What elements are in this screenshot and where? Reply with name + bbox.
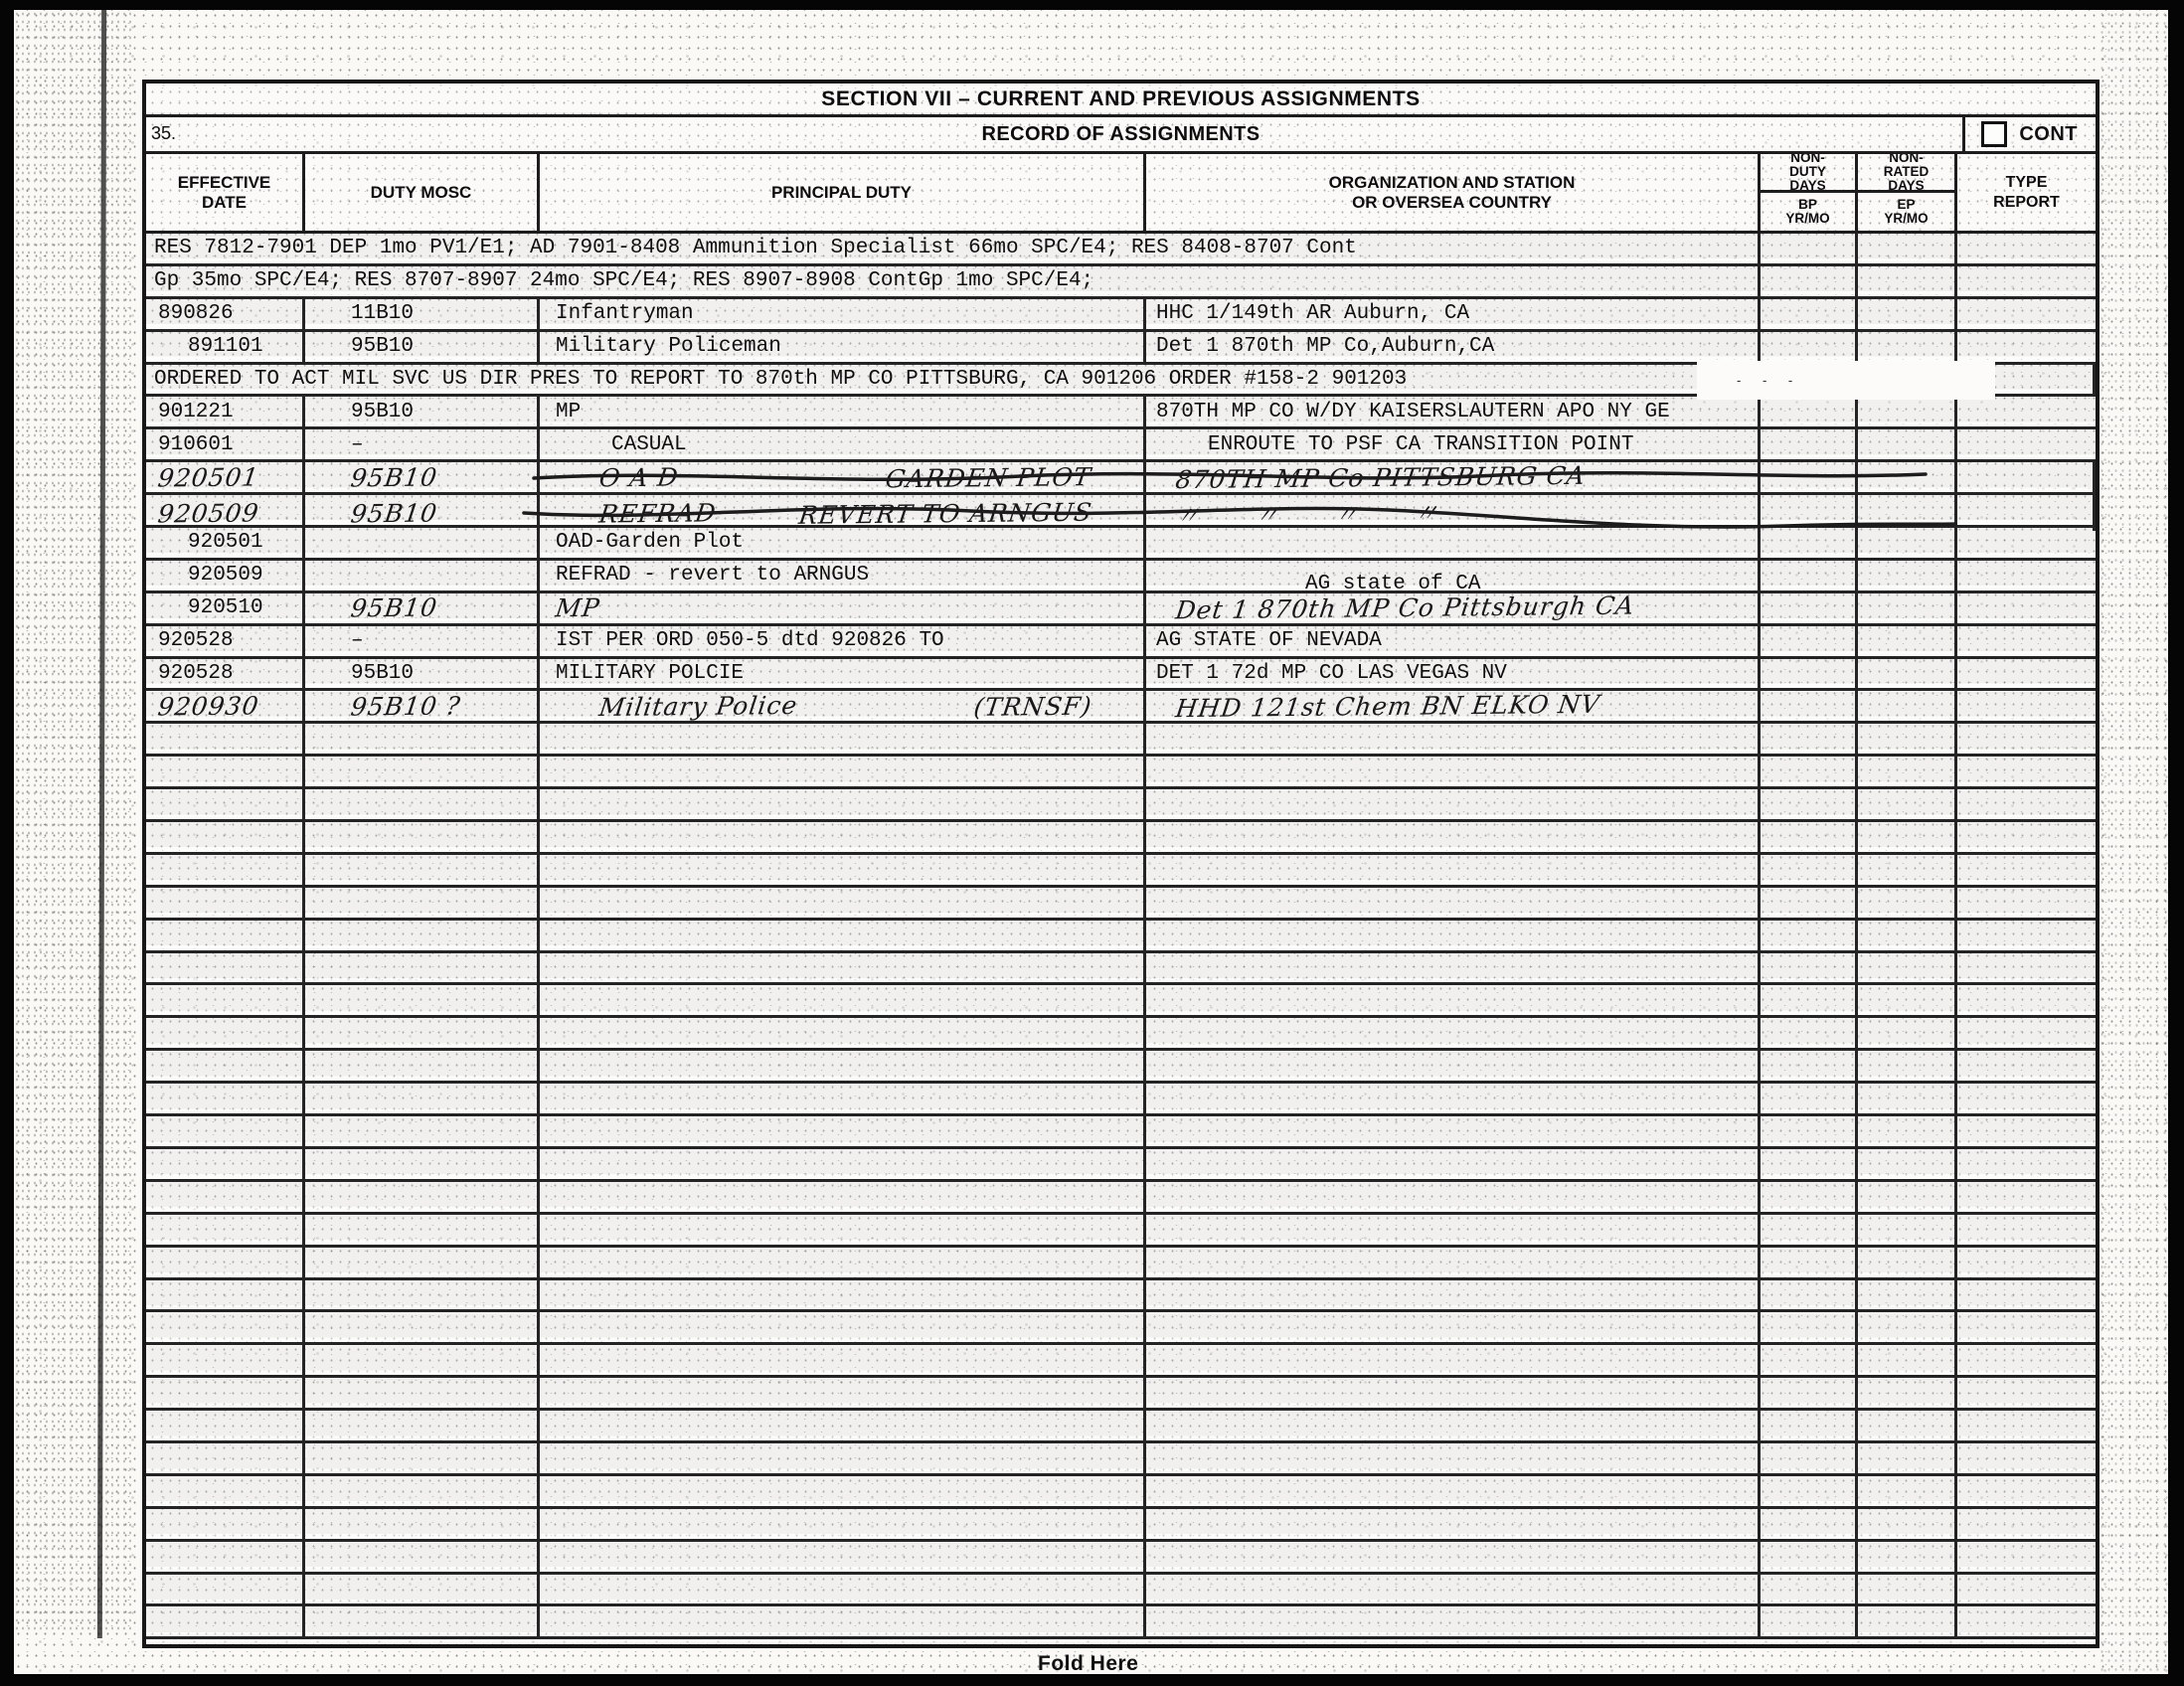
effective-date-cell [146, 1411, 305, 1440]
ep-cell [1858, 1443, 1957, 1473]
type-report-cell [1957, 659, 2096, 689]
assignment-row [146, 1084, 2096, 1116]
duty-mosc-cell [305, 1149, 540, 1179]
type-report-cell [1957, 1248, 2096, 1277]
effective-date-cell [146, 1542, 305, 1572]
ep-cell [1858, 429, 1957, 459]
type-report-cell [1957, 1542, 2096, 1572]
bp-cell [1761, 1182, 1858, 1212]
principal-duty-value: Infantryman [556, 302, 694, 325]
principal-duty-cell [540, 1443, 1146, 1473]
principal-duty-cell [540, 1018, 1146, 1048]
effective-date-cell [146, 1149, 305, 1179]
type-report-cell [1957, 1476, 2096, 1506]
type-report-cell [1957, 561, 2096, 590]
bp-cell [1761, 985, 1858, 1015]
ep-cell [1858, 1411, 1957, 1440]
duty-mosc-value: – [351, 629, 364, 652]
fold-here-label: Fold Here [1038, 1652, 1138, 1674]
principal-duty-cell [540, 1182, 1146, 1212]
principal-duty-cell: Military Policeman [540, 332, 1146, 362]
effective-date-cell [146, 1443, 305, 1473]
col-bp-yrmo-label: BP YR/MO [1761, 193, 1855, 231]
duty-mosc-cell [305, 888, 540, 918]
organization-cell [1146, 1509, 1761, 1539]
organization-cell [1146, 1084, 1761, 1113]
faint-pen-dashes: ‐ ‐ ‐ [1737, 373, 1801, 388]
bp-cell [1761, 1280, 1858, 1310]
ep-cell [1858, 1084, 1957, 1113]
bp-cell [1761, 299, 1858, 329]
duty-mosc-cell: – [305, 429, 540, 459]
duty-mosc-cell [305, 822, 540, 852]
organization-value: Det 1 870th MP Co,Auburn,CA [1156, 335, 1494, 358]
principal-duty-value: MP [554, 593, 601, 622]
assignment-row [146, 1018, 2096, 1051]
organization-cell [1146, 1606, 1761, 1636]
bp-cell [1761, 757, 1858, 786]
organization-value: 870TH MP Co PITTSBURG CA [1174, 461, 1588, 494]
assignment-row [146, 1378, 2096, 1411]
duty-mosc-cell: 11B10 [305, 299, 540, 329]
effective-date-cell: 920528 [146, 659, 305, 689]
effective-date-value: 920930 [156, 691, 260, 721]
bp-cell [1761, 1411, 1858, 1440]
item-number: 35. [151, 123, 176, 144]
cont-label: CONT [2019, 123, 2078, 146]
principal-duty-cell: REFRAD - revert to ARNGUS [540, 561, 1146, 590]
principal-duty-cell [540, 888, 1146, 918]
principal-duty-cell: Military Police(TRNSF) [540, 691, 1146, 721]
type-report-cell [1957, 593, 2096, 623]
organization-cell: HHC 1/149th AR Auburn, CA [1146, 299, 1761, 329]
effective-date-cell: 920930 [146, 691, 305, 721]
type-report-cell [1957, 1411, 2096, 1440]
principal-duty-secondary-value: GARDEN PLOT [884, 461, 1145, 493]
principal-duty-value: Military Police [597, 691, 799, 722]
principal-duty-value: Military Policeman [556, 335, 781, 358]
principal-duty-cell [540, 1312, 1146, 1342]
bp-cell [1761, 789, 1858, 819]
effective-date-cell: 920528 [146, 626, 305, 656]
type-report-cell [1957, 757, 2096, 786]
ep-cell [1858, 397, 1957, 426]
principal-duty-cell [540, 1215, 1146, 1245]
assignment-row [146, 888, 2096, 921]
organization-value: HHD 121st Chem BN ELKO NV [1174, 690, 1602, 723]
bp-cell [1761, 855, 1858, 885]
ep-cell [1858, 332, 1957, 362]
assignment-row-span: Gp 35mo SPC/E4; RES 8707-8907 24mo SPC/E… [146, 266, 2096, 299]
type-report-cell [1957, 822, 2096, 852]
ep-cell [1858, 1378, 1957, 1408]
organization-value: HHC 1/149th AR Auburn, CA [1156, 302, 1469, 325]
type-report-cell [1957, 1051, 2096, 1081]
effective-date-cell [146, 1018, 305, 1048]
assignment-row [146, 1411, 2096, 1443]
assignment-row: 92050195B10O A DGARDEN PLOT870TH MP Co P… [146, 462, 2096, 495]
ep-cell [1858, 659, 1957, 689]
assignment-row: 920528–IST PER ORD 050-5 dtd 920826 TOAG… [146, 626, 2096, 659]
assignment-row [146, 1280, 2096, 1313]
principal-duty-cell: MILITARY POLCIE [540, 659, 1146, 689]
organization-cell [1146, 1542, 1761, 1572]
ep-cell [1858, 1345, 1957, 1375]
bp-cell [1761, 953, 1858, 983]
scanned-document: SECTION VII – CURRENT AND PREVIOUS ASSIG… [0, 0, 2184, 1686]
duty-mosc-cell [305, 789, 540, 819]
principal-duty-cell [540, 1378, 1146, 1408]
effective-date-value: 901221 [158, 401, 234, 423]
assignment-row [146, 1509, 2096, 1542]
col-organization: ORGANIZATION AND STATION OR OVERSEA COUN… [1146, 154, 1761, 231]
organization-cell [1146, 1443, 1761, 1473]
ep-cell [1858, 1248, 1957, 1277]
ep-cell [1858, 1542, 1957, 1572]
effective-date-cell: 901221 [146, 397, 305, 426]
organization-cell [1146, 1018, 1761, 1048]
principal-duty-cell [540, 953, 1146, 983]
assignment-row [146, 757, 2096, 789]
type-report-cell [1957, 495, 2096, 531]
principal-duty-cell [540, 921, 1146, 950]
assignment-row [146, 789, 2096, 822]
ep-cell [1858, 1215, 1957, 1245]
effective-date-cell: 910601 [146, 429, 305, 459]
ep-cell [1858, 462, 1957, 492]
principal-duty-value: O A D [597, 462, 680, 492]
duty-mosc-cell [305, 1312, 540, 1342]
organization-value: 870TH MP CO W/DY KAISERSLAUTERN APO NY G… [1156, 401, 1670, 423]
type-report-cell [1957, 855, 2096, 885]
effective-date-value: 920528 [158, 629, 234, 652]
bp-cell [1761, 724, 1858, 754]
principal-duty-value: CASUAL [611, 433, 687, 456]
organization-cell [1146, 1248, 1761, 1277]
organization-cell: 870TH MP CO W/DY KAISERSLAUTERN APO NY G… [1146, 397, 1761, 426]
principal-duty-cell [540, 1476, 1146, 1506]
ep-cell [1858, 1312, 1957, 1342]
assignment-row [146, 1215, 2096, 1248]
principal-duty-value: MILITARY POLCIE [556, 662, 744, 685]
bp-cell [1761, 1116, 1858, 1146]
organization-cell: AG state of CA [1146, 561, 1761, 590]
continuation-group: CONT [1962, 117, 2096, 151]
scan-whiteout-patch: ‐ ‐ ‐ [1697, 361, 1995, 400]
principal-duty-cell [540, 1084, 1146, 1113]
ep-cell [1858, 528, 1957, 558]
principal-duty-cell [540, 1345, 1146, 1375]
organization-cell [1146, 1149, 1761, 1179]
bp-cell [1761, 822, 1858, 852]
bp-cell [1761, 1084, 1858, 1113]
organization-cell [1146, 1116, 1761, 1146]
type-report-cell [1957, 1116, 2096, 1146]
assignment-row [146, 1476, 2096, 1509]
bp-cell [1761, 888, 1858, 918]
bp-cell [1761, 495, 1858, 531]
effective-date-cell: 920510 [146, 593, 305, 623]
ep-cell [1858, 921, 1957, 950]
document-page: SECTION VII – CURRENT AND PREVIOUS ASSIG… [14, 10, 2168, 1674]
principal-duty-cell [540, 1509, 1146, 1539]
assignment-row: 920509REFRAD - revert to ARNGUSAG state … [146, 561, 2096, 593]
bp-cell [1761, 528, 1858, 558]
assignment-row [146, 921, 2096, 953]
span-entry-cell: RES 7812-7901 DEP 1mo PV1/E1; AD 7901-84… [146, 234, 1761, 263]
span-entry-text: ORDERED TO ACT MIL SVC US DIR PRES TO RE… [154, 368, 1407, 391]
organization-cell [1146, 1345, 1761, 1375]
type-report-cell [1957, 724, 2096, 754]
duty-mosc-cell [305, 1280, 540, 1310]
principal-duty-cell: MP [540, 593, 1146, 623]
effective-date-cell [146, 1509, 305, 1539]
type-report-cell [1957, 1215, 2096, 1245]
form-title-row: 35. RECORD OF ASSIGNMENTS CONT [146, 117, 2096, 154]
organization-cell [1146, 1280, 1761, 1310]
bp-cell [1761, 332, 1858, 362]
effective-date-value: 920528 [158, 662, 234, 685]
ep-cell [1858, 626, 1957, 656]
effective-date-cell: 890826 [146, 299, 305, 329]
duty-mosc-cell [305, 985, 540, 1015]
type-report-cell [1957, 462, 2096, 492]
principal-duty-cell [540, 1542, 1146, 1572]
type-report-cell [1957, 1575, 2096, 1604]
duty-mosc-cell [305, 1116, 540, 1146]
ep-cell [1858, 266, 1957, 296]
effective-date-cell [146, 1575, 305, 1604]
assignment-row [146, 724, 2096, 757]
duty-mosc-value: 95B10 [349, 498, 439, 528]
type-report-cell [1957, 332, 2096, 362]
duty-mosc-cell [305, 1248, 540, 1277]
span-entry-cell: Gp 35mo SPC/E4; RES 8707-8907 24mo SPC/E… [146, 266, 1761, 296]
span-entry-text: RES 7812-7901 DEP 1mo PV1/E1; AD 7901-84… [154, 237, 1357, 259]
principal-duty-cell [540, 1411, 1146, 1440]
type-report-cell [1957, 626, 2096, 656]
effective-date-value: 920501 [156, 462, 260, 492]
duty-mosc-cell [305, 1018, 540, 1048]
effective-date-cell [146, 985, 305, 1015]
organization-cell [1146, 953, 1761, 983]
organization-value: AG STATE OF NEVADA [1156, 629, 1382, 652]
effective-date-cell [146, 1116, 305, 1146]
duty-mosc-cell [305, 1215, 540, 1245]
organization-cell: 〃 〃 〃 〃 [1146, 495, 1761, 531]
assignment-row: 92051095B10MPDet 1 870th MP Co Pittsburg… [146, 593, 2096, 626]
principal-duty-cell [540, 1051, 1146, 1081]
ep-cell [1858, 1018, 1957, 1048]
organization-cell [1146, 1182, 1761, 1212]
section-title: SECTION VII – CURRENT AND PREVIOUS ASSIG… [821, 87, 1420, 111]
principal-duty-cell [540, 1606, 1146, 1636]
principal-duty-value: IST PER ORD 050-5 dtd 920826 TO [556, 629, 944, 652]
duty-mosc-cell [305, 1509, 540, 1539]
organization-value: ENROUTE TO PSF CA TRANSITION POINT [1208, 433, 1633, 456]
principal-duty-cell: IST PER ORD 050-5 dtd 920826 TO [540, 626, 1146, 656]
duty-mosc-cell [305, 1411, 540, 1440]
principal-duty-value: OAD-Garden Plot [556, 531, 744, 554]
type-report-cell [1957, 888, 2096, 918]
type-report-cell [1957, 266, 2096, 296]
duty-mosc-cell [305, 1542, 540, 1572]
organization-cell: HHD 121st Chem BN ELKO NV [1146, 691, 1761, 721]
organization-cell: DET 1 72d MP CO LAS VEGAS NV [1146, 659, 1761, 689]
assignment-row [146, 1542, 2096, 1575]
type-report-cell [1957, 921, 2096, 950]
duty-mosc-cell [305, 1084, 540, 1113]
principal-duty-cell: OAD-Garden Plot [540, 528, 1146, 558]
assignment-row: 92093095B10 ?Military Police(TRNSF)HHD 1… [146, 691, 2096, 724]
effective-date-value: 920510 [188, 596, 263, 619]
organization-cell: ENROUTE TO PSF CA TRANSITION POINT [1146, 429, 1761, 459]
assignment-row: 910601–CASUALENROUTE TO PSF CA TRANSITIO… [146, 429, 2096, 462]
principal-duty-cell [540, 822, 1146, 852]
bp-cell [1761, 626, 1858, 656]
scan-artifact-streak [97, 10, 106, 1638]
duty-mosc-cell: 95B10 [305, 659, 540, 689]
principal-duty-cell [540, 1149, 1146, 1179]
duty-mosc-value: 95B10 ? [349, 691, 462, 721]
effective-date-value: 920501 [188, 531, 263, 554]
duty-mosc-cell: 95B10 [305, 593, 540, 623]
duty-mosc-cell [305, 1051, 540, 1081]
principal-duty-cell [540, 1280, 1146, 1310]
col-effective-date: EFFECTIVE DATE [146, 154, 305, 231]
effective-date-cell [146, 1280, 305, 1310]
principal-duty-cell [540, 1575, 1146, 1604]
bp-cell [1761, 1018, 1858, 1048]
effective-date-cell: 920501 [146, 528, 305, 558]
effective-date-value: 920509 [156, 498, 260, 528]
effective-date-cell [146, 1051, 305, 1081]
effective-date-value: 910601 [158, 433, 234, 456]
assignment-row [146, 1149, 2096, 1182]
assignment-row [146, 1248, 2096, 1280]
assignment-row: 92050995B10REFRADREVERT TO ARNGUS〃 〃 〃 〃 [146, 495, 2096, 528]
organization-cell: AG STATE OF NEVADA [1146, 626, 1761, 656]
effective-date-cell [146, 1476, 305, 1506]
col-non-duty-days: NON- DUTY DAYS BP YR/MO [1761, 154, 1858, 231]
bp-cell [1761, 1051, 1858, 1081]
type-report-cell [1957, 1084, 2096, 1113]
ep-cell [1858, 1182, 1957, 1212]
effective-date-cell [146, 757, 305, 786]
bp-cell [1761, 593, 1858, 623]
assignment-row: 92052895B10MILITARY POLCIEDET 1 72d MP C… [146, 659, 2096, 692]
organization-cell [1146, 1411, 1761, 1440]
bp-cell [1761, 1345, 1858, 1375]
effective-date-cell: 920501 [146, 462, 305, 492]
ep-cell [1858, 234, 1957, 263]
duty-mosc-cell: 95B10 [305, 495, 540, 531]
col-non-rated-days: NON- RATED DAYS EP YR/MO [1858, 154, 1957, 231]
bp-cell [1761, 1312, 1858, 1342]
organization-value: Det 1 870th MP Co Pittsburgh CA [1174, 591, 1636, 625]
duty-mosc-cell [305, 1345, 540, 1375]
principal-duty-cell: Infantryman [540, 299, 1146, 329]
type-report-cell [1957, 1182, 2096, 1212]
type-report-cell [1957, 985, 2096, 1015]
col-non-duty-days-label: NON- DUTY DAYS [1761, 154, 1855, 193]
effective-date-cell [146, 1378, 305, 1408]
assignment-row [146, 1312, 2096, 1345]
principal-duty-value: REFRAD - revert to ARNGUS [556, 564, 869, 587]
type-report-cell [1957, 1345, 2096, 1375]
duty-mosc-cell: 95B10 ? [305, 691, 540, 721]
assignment-row-span: RES 7812-7901 DEP 1mo PV1/E1; AD 7901-84… [146, 234, 2096, 266]
organization-cell [1146, 985, 1761, 1015]
assignment-row: 920501OAD-Garden Plot [146, 528, 2096, 561]
ep-cell [1858, 299, 1957, 329]
assignment-row [146, 822, 2096, 855]
ep-cell [1858, 561, 1957, 590]
ep-cell [1858, 1116, 1957, 1146]
bp-cell [1761, 1509, 1858, 1539]
effective-date-cell [146, 1606, 305, 1636]
effective-date-cell [146, 1312, 305, 1342]
effective-date-value: 920509 [188, 564, 263, 587]
col-ep-yrmo-label: EP YR/MO [1858, 193, 1954, 231]
principal-duty-secondary-value: (TRNSF) [972, 691, 1145, 722]
principal-duty-cell [540, 789, 1146, 819]
type-report-cell [1957, 397, 2096, 426]
effective-date-cell [146, 953, 305, 983]
organization-cell: Det 1 870th MP Co Pittsburgh CA [1146, 593, 1761, 623]
type-report-cell [1957, 299, 2096, 329]
bp-cell [1761, 921, 1858, 950]
effective-date-cell: 891101 [146, 332, 305, 362]
type-report-cell [1957, 1606, 2096, 1636]
type-report-cell [1957, 1018, 2096, 1048]
assignments-grid: RES 7812-7901 DEP 1mo PV1/E1; AD 7901-84… [146, 234, 2096, 1640]
organization-value: 〃 〃 〃 〃 [1173, 494, 1441, 533]
bp-cell [1761, 429, 1858, 459]
record-of-assignments-table: SECTION VII – CURRENT AND PREVIOUS ASSIG… [142, 80, 2100, 1648]
cont-checkbox [1981, 121, 2007, 147]
duty-mosc-cell [305, 855, 540, 885]
duty-mosc-cell [305, 953, 540, 983]
assignment-row [146, 1575, 2096, 1607]
col-non-rated-days-label: NON- RATED DAYS [1858, 154, 1954, 193]
ep-cell [1858, 691, 1957, 721]
duty-mosc-value: 95B10 [351, 401, 414, 423]
bp-cell [1761, 1215, 1858, 1245]
duty-mosc-cell [305, 724, 540, 754]
col-type-report: TYPE REPORT [1957, 154, 2096, 231]
span-entry-cell: ORDERED TO ACT MIL SVC US DIR PRES TO RE… [146, 365, 1761, 395]
column-header-row: EFFECTIVE DATE DUTY MOSC PRINCIPAL DUTY … [146, 154, 2096, 234]
duty-mosc-value: – [351, 433, 364, 456]
duty-mosc-cell: 95B10 [305, 462, 540, 492]
organization-value: DET 1 72d MP CO LAS VEGAS NV [1156, 662, 1507, 685]
bp-cell [1761, 561, 1858, 590]
duty-mosc-cell [305, 757, 540, 786]
duty-mosc-cell: 95B10 [305, 397, 540, 426]
bp-cell [1761, 266, 1858, 296]
organization-cell [1146, 1378, 1761, 1408]
ep-cell [1858, 757, 1957, 786]
effective-date-value: 891101 [188, 335, 263, 358]
effective-date-cell: 920509 [146, 495, 305, 531]
duty-mosc-cell [305, 1182, 540, 1212]
bp-cell [1761, 462, 1858, 492]
duty-mosc-cell [305, 528, 540, 558]
organization-cell [1146, 921, 1761, 950]
duty-mosc-cell [305, 1443, 540, 1473]
bp-cell [1761, 1443, 1858, 1473]
